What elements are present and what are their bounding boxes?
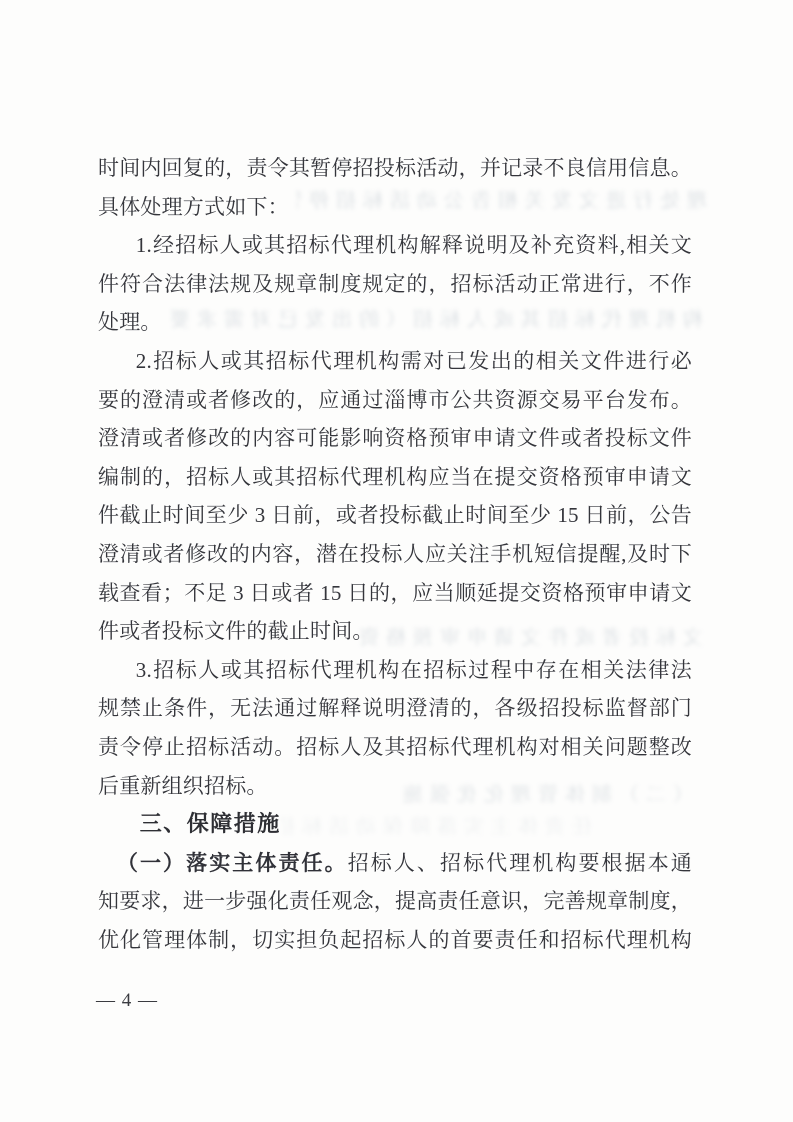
- text-line: 件或者投标文件的截止时间。: [98, 612, 692, 651]
- text-line: 规禁止条件，无法通过解释说明澄清的，各级招投标监督部门: [98, 689, 692, 728]
- text-run: 优化管理体制，切实担负起招标人的首要责任和招标代理机构: [98, 928, 692, 952]
- text-run: 要的澄清或者修改的，应通过淄博市公共资源交易平台发布。: [98, 388, 692, 412]
- text-line: 处理。: [98, 303, 692, 342]
- emphasis-run: （一）落实主体责任。: [117, 851, 348, 875]
- document-body: 时间内回复的，责令其暂停招投标活动，并记录不良信用信息。具体处理方式如下：1.经…: [98, 149, 692, 959]
- text-line: 要的澄清或者修改的，应通过淄博市公共资源交易平台发布。: [98, 381, 692, 420]
- text-run: 件符合法律法规及规章制度规定的，招标活动正常进行，不作: [98, 272, 692, 296]
- text-run: 澄清或者修改的内容可能影响资格预审申请文件或者投标文件: [98, 426, 692, 450]
- text-run: 1.经招标人或其招标代理机构解释说明及补充资料,相关文: [136, 233, 692, 257]
- text-run: 招标人、招标代理机构要根据本通: [348, 851, 692, 875]
- text-run: 责令停止招标活动。招标人及其招标代理机构对相关问题整改: [98, 735, 692, 759]
- text-line: 件符合法律法规及规章制度规定的，招标活动正常进行，不作: [98, 265, 692, 304]
- text-line: 3.招标人或其招标代理机构在招标过程中存在相关法律法: [98, 651, 692, 690]
- text-run: 规禁止条件，无法通过解释说明澄清的，各级招投标监督部门: [98, 696, 692, 720]
- text-line: 澄清或者修改的内容可能影响资格预审申请文件或者投标文件: [98, 419, 692, 458]
- text-run: 知要求，进一步强化责任观念，提高责任意识，完善规章制度，: [98, 889, 692, 913]
- text-run: 载查看；不足 3 日或者 15 日的，应当顺延提交资格预审申请文: [98, 581, 692, 605]
- text-line: 2.招标人或其招标代理机构需对已发出的相关文件进行必: [98, 342, 692, 381]
- text-line: 后重新组织招标。: [98, 767, 692, 806]
- document-page: 时间内回复的，责令其暂停招投标活动，并记录不良信用信息。具体处理方式如下：1.经…: [0, 0, 793, 1122]
- text-run: 澄清或者修改的内容，潜在投标人应关注手机短信提醒,及时下: [98, 542, 692, 566]
- text-line: 件截止时间至少 3 日前，或者投标截止时间至少 15 日前，公告: [98, 496, 692, 535]
- text-line: （一）落实主体责任。招标人、招标代理机构要根据本通: [98, 844, 692, 883]
- text-line: 责令停止招标活动。招标人及其招标代理机构对相关问题整改: [98, 728, 692, 767]
- text-run: 三、保障措施: [140, 811, 281, 836]
- text-run: 编制的，招标人或其招标代理机构应当在提交资格预审申请文: [98, 465, 692, 489]
- text-run: 件截止时间至少 3 日前，或者投标截止时间至少 15 日前，公告: [98, 503, 692, 527]
- text-run: 3.招标人或其招标代理机构在招标过程中存在相关法律法: [136, 658, 692, 682]
- text-run: 时间内回复的，责令其暂停招投标活动，并记录不良信用信息。: [98, 156, 692, 180]
- text-line: 具体处理方式如下：: [98, 188, 692, 227]
- text-line: 1.经招标人或其招标代理机构解释说明及补充资料,相关文: [98, 226, 692, 265]
- text-run: 后重新组织招标。: [98, 774, 268, 798]
- text-run: 处理。: [98, 310, 162, 334]
- text-line: 澄清或者修改的内容，潜在投标人应关注手机短信提醒,及时下: [98, 535, 692, 574]
- text-line: 知要求，进一步强化责任观念，提高责任意识，完善规章制度，: [98, 882, 692, 921]
- text-line: 编制的，招标人或其招标代理机构应当在提交资格预审申请文: [98, 458, 692, 497]
- text-line: 优化管理体制，切实担负起招标人的首要责任和招标代理机构: [98, 921, 692, 960]
- text-line: 载查看；不足 3 日或者 15 日的，应当顺延提交资格预审申请文: [98, 574, 692, 613]
- text-run: 具体处理方式如下：: [98, 195, 289, 219]
- page-number: — 4 —: [96, 986, 158, 1016]
- section-heading: 三、保障措施: [98, 805, 692, 844]
- text-line: 时间内回复的，责令其暂停招投标活动，并记录不良信用信息。: [98, 149, 692, 188]
- text-run: 件或者投标文件的截止时间。: [98, 619, 374, 643]
- text-run: 2.招标人或其招标代理机构需对已发出的相关文件进行必: [136, 349, 692, 373]
